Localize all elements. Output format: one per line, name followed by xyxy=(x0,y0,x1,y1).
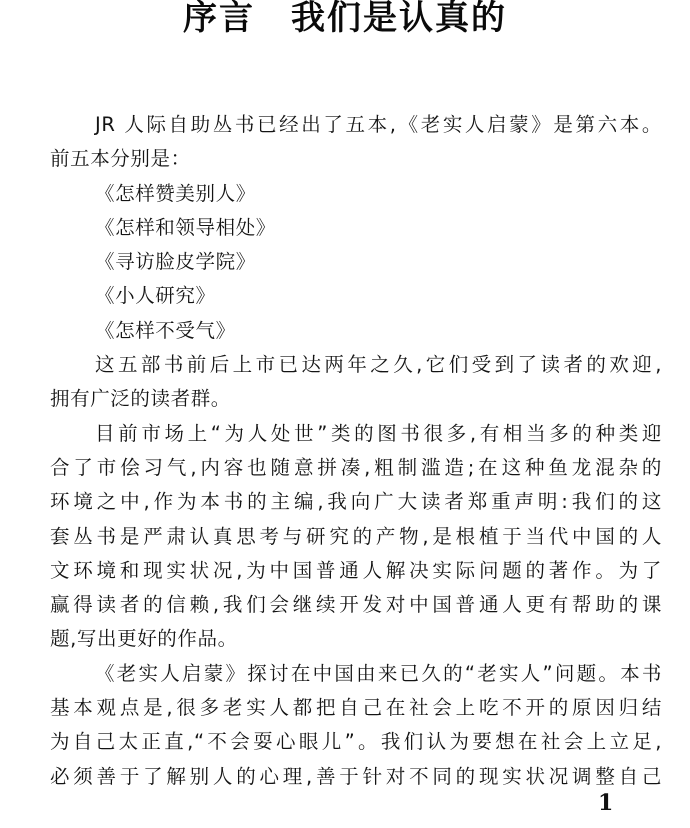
book-list-item: 《怎样不受气》 xyxy=(50,314,662,348)
paragraph-3-line-4: 套丛书是严肃认真思考与研究的产物,是根植于当代中国的人 xyxy=(50,520,662,554)
book-list-item: 《小人研究》 xyxy=(50,279,662,313)
paragraph-2-line-2: 拥有广泛的读者群。 xyxy=(50,382,662,416)
book-list-item: 《寻访脸皮学院》 xyxy=(50,245,662,279)
page-title: 序言我们是认真的 xyxy=(0,0,690,42)
paragraph-3-line-7: 题,写出更好的作品。 xyxy=(50,622,662,656)
book-page: 序言我们是认真的 JR 人际自助丛书已经出了五本,《老实人启蒙》是第六本。 前五… xyxy=(0,0,690,828)
paragraph-4-line-3: 为自己太正直,“不会耍心眼儿”。我们认为要想在社会上立足, xyxy=(50,725,662,759)
page-number: 1 xyxy=(598,790,613,816)
page-body: JR 人际自助丛书已经出了五本,《老实人启蒙》是第六本。 前五本分别是： 《怎样… xyxy=(50,108,662,794)
paragraph-4-line-2: 基本观点是,很多老实人都把自己在社会上吃不开的原因归结 xyxy=(50,691,662,725)
paragraph-3-line-3: 环境之中,作为本书的主编,我向广大读者郑重声明:我们的这 xyxy=(50,485,662,519)
paragraph-3-line-1: 目前市场上“为人处世”类的图书很多,有相当多的种类迎 xyxy=(50,417,662,451)
paragraph-3-line-5: 文环境和现实状况,为中国普通人解决实际问题的著作。为了 xyxy=(50,554,662,588)
paragraph-4-line-1: 《老实人启蒙》探讨在中国由来已久的“老实人”问题。本书 xyxy=(50,657,662,691)
paragraph-2-line-1: 这五部书前后上市已达两年之久,它们受到了读者的欢迎, xyxy=(50,348,662,382)
paragraph-3-line-6: 赢得读者的信赖,我们会继续开发对中国普通人更有帮助的课 xyxy=(50,588,662,622)
title-label-preface: 序言 xyxy=(183,0,255,38)
title-heading: 我们是认真的 xyxy=(291,0,507,38)
book-list-item: 《怎样赞美别人》 xyxy=(50,177,662,211)
paragraph-4-line-4: 必须善于了解别人的心理,善于针对不同的现实状况调整自己 xyxy=(50,760,662,794)
book-list-item: 《怎样和领导相处》 xyxy=(50,211,662,245)
paragraph-3-line-2: 合了市侩习气,内容也随意拼凑,粗制滥造;在这种鱼龙混杂的 xyxy=(50,451,662,485)
paragraph-1-line-2: 前五本分别是： xyxy=(50,142,662,176)
paragraph-1-line-1: JR 人际自助丛书已经出了五本,《老实人启蒙》是第六本。 xyxy=(50,108,662,142)
